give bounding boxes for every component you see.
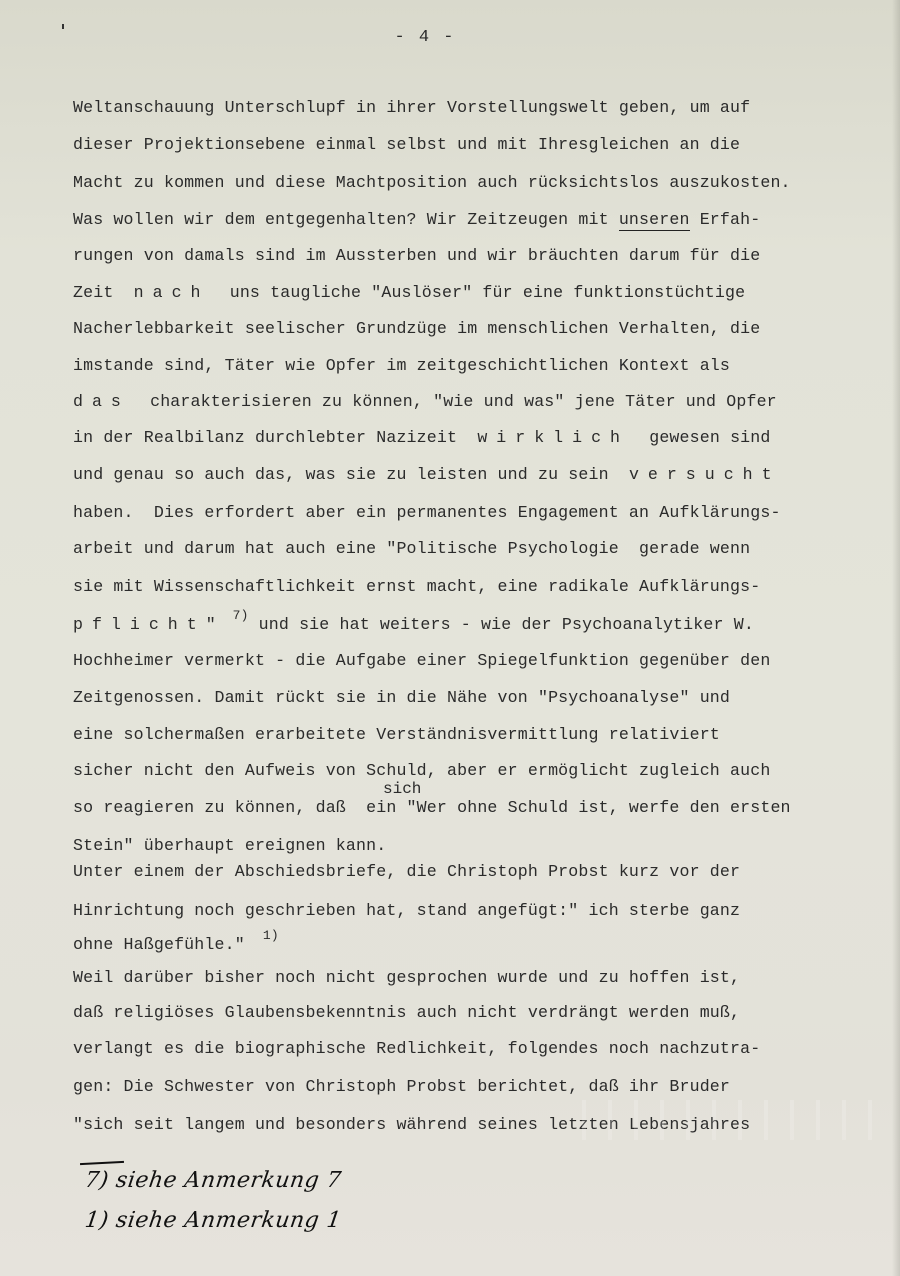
text-line: ohne Haßgefühle." 1) <box>73 935 279 956</box>
text-line: Weltanschauung Unterschlupf in ihrer Vor… <box>73 98 750 118</box>
text-line: Weil darüber bisher noch nicht gesproche… <box>73 968 740 988</box>
letterspaced-emphasis: pflicht" <box>73 615 225 634</box>
text-line: Hochheimer vermerkt - die Aufgabe einer … <box>73 651 770 671</box>
letterspaced-emphasis: das <box>73 392 130 411</box>
text-line: arbeit und darum hat auch eine "Politisc… <box>73 539 750 559</box>
text-line: so reagieren zu können, daß ein "Wer ohn… <box>73 798 791 818</box>
text-line: imstande sind, Täter wie Opfer im zeitge… <box>73 356 730 376</box>
handwritten-note-1: 7) siehe Anmerkung 7 <box>83 1168 343 1193</box>
text-line: gen: Die Schwester von Christoph Probst … <box>73 1077 730 1097</box>
text-line: Unter einem der Abschiedsbriefe, die Chr… <box>73 862 740 882</box>
text-line: Hinrichtung noch geschrieben hat, stand … <box>73 901 740 921</box>
text-line: Macht zu kommen und diese Machtposition … <box>73 173 791 193</box>
emboss-watermark <box>560 1100 890 1140</box>
text-line: sicher nicht den Aufweis von Schuld, abe… <box>73 761 770 781</box>
text-line: daß religiöses Glaubensbekenntnis auch n… <box>73 1003 740 1023</box>
text-line: Was wollen wir dem entgegenhalten? Wir Z… <box>73 210 760 230</box>
text-line: Zeitgenossen. Damit rückt sie in die Näh… <box>73 688 730 708</box>
text-line: Nacherlebbarkeit seelischer Grundzüge im… <box>73 319 760 339</box>
interlinear-insertion: sich <box>383 780 421 798</box>
text-line: Stein" überhaupt ereignen kann. <box>73 836 386 856</box>
text-line: das charakterisieren zu können, "wie und… <box>73 392 777 412</box>
footnote-marker: 1) <box>255 928 279 943</box>
text-line: rungen von damals sind im Aussterben und… <box>73 246 760 266</box>
page-number: - 4 - <box>0 28 850 47</box>
footnote-marker: 7) <box>225 608 249 623</box>
handwritten-note-2: 1) siehe Anmerkung 1 <box>83 1208 343 1233</box>
footnote-rule <box>80 1161 124 1165</box>
text-line: sie mit Wissenschaftlichkeit ernst macht… <box>73 577 760 597</box>
letterspaced-emphasis: wirklich <box>477 428 629 447</box>
text-line: haben. Dies erfordert aber ein permanent… <box>73 503 781 523</box>
underlined-word: unseren <box>619 210 690 231</box>
text-line: eine solchermaßen erarbeitete Verständni… <box>73 725 720 745</box>
letterspaced-emphasis: nach <box>134 283 210 302</box>
text-line: Zeit nach uns taugliche "Auslöser" für e… <box>73 283 745 303</box>
letterspaced-emphasis: versucht <box>629 465 781 484</box>
text-line: in der Realbilanz durchlebter Nazizeit w… <box>73 428 771 448</box>
page-edge-shadow <box>892 0 900 1276</box>
text-line: dieser Projektionsebene einmal selbst un… <box>73 135 740 155</box>
text-line: pflicht" 7) und sie hat weiters - wie de… <box>73 615 754 636</box>
text-line: und genau so auch das, was sie zu leiste… <box>73 465 781 485</box>
text-line: verlangt es die biographische Redlichkei… <box>73 1039 760 1059</box>
